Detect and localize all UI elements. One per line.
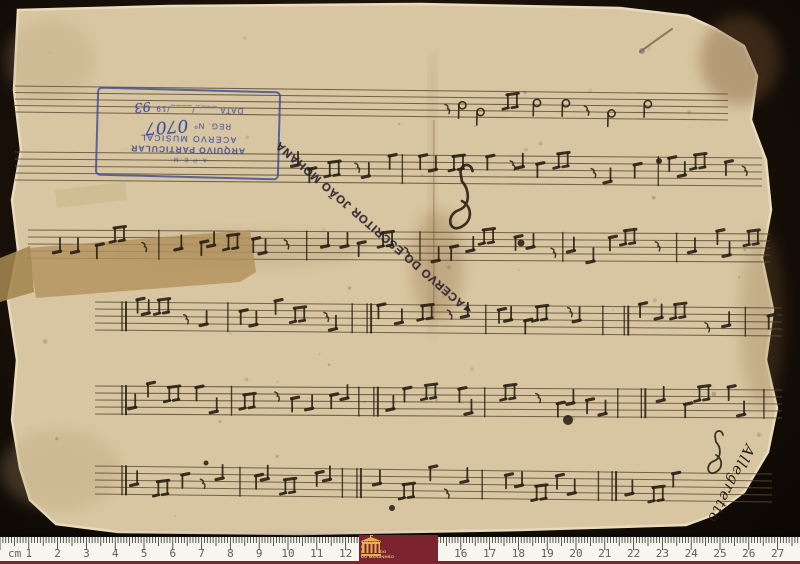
ruler-number: 24 [685, 547, 698, 560]
building-icon [359, 535, 383, 558]
stamp-abbrev: A.P.E.M. [168, 155, 207, 162]
archive-logo: ARQUIVO PÚBLICO DO ESTADO DO MARANHÃO [359, 535, 438, 562]
stamp-reg-number: 0707 [145, 119, 189, 134]
registry-stamp: A.P.E.M. ARQUIVO PARTICULAR ACERVO MUSIC… [95, 87, 281, 181]
ruler-number: 16 [454, 547, 467, 560]
ruler-number: 18 [512, 547, 525, 560]
ruler-number: 1 [25, 547, 32, 560]
ruler-number: 22 [627, 547, 640, 560]
ruler-number: 21 [598, 547, 611, 560]
ruler-number: 3 [83, 547, 90, 560]
ruler-number: 27 [771, 547, 784, 560]
stamp-date-year: 93 [133, 98, 151, 115]
ruler-number: 7 [198, 547, 205, 560]
stamp-reg-label: REG. Nº [193, 121, 231, 131]
ruler-number: 8 [227, 547, 234, 560]
ruler-number: 26 [742, 547, 755, 560]
ruler-number: 19 [541, 547, 554, 560]
ruler-number: 2 [54, 547, 61, 560]
ruler-unit-label: cm [8, 547, 21, 560]
ruler-number: 9 [256, 547, 263, 560]
ruler-number: 25 [713, 547, 726, 560]
ruler-number: 4 [112, 547, 119, 560]
ruler-number: 17 [483, 547, 496, 560]
ruler-number: 5 [141, 547, 148, 560]
ruler-number: 11 [310, 547, 323, 560]
manuscript-paper [0, 0, 800, 564]
ruler-number: 20 [569, 547, 582, 560]
ruler-number: 23 [656, 547, 669, 560]
stamp-date-label: DATA ____/____/19 [155, 104, 243, 115]
ruler-number: 6 [169, 547, 176, 560]
stamp-archive-line: ARQUIVO PARTICULAR [130, 143, 245, 156]
ruler-number: 10 [281, 547, 294, 560]
archive-photo-scene: A.P.E.M. ARQUIVO PARTICULAR ACERVO MUSIC… [0, 0, 800, 564]
ruler-number: 12 [339, 547, 352, 560]
